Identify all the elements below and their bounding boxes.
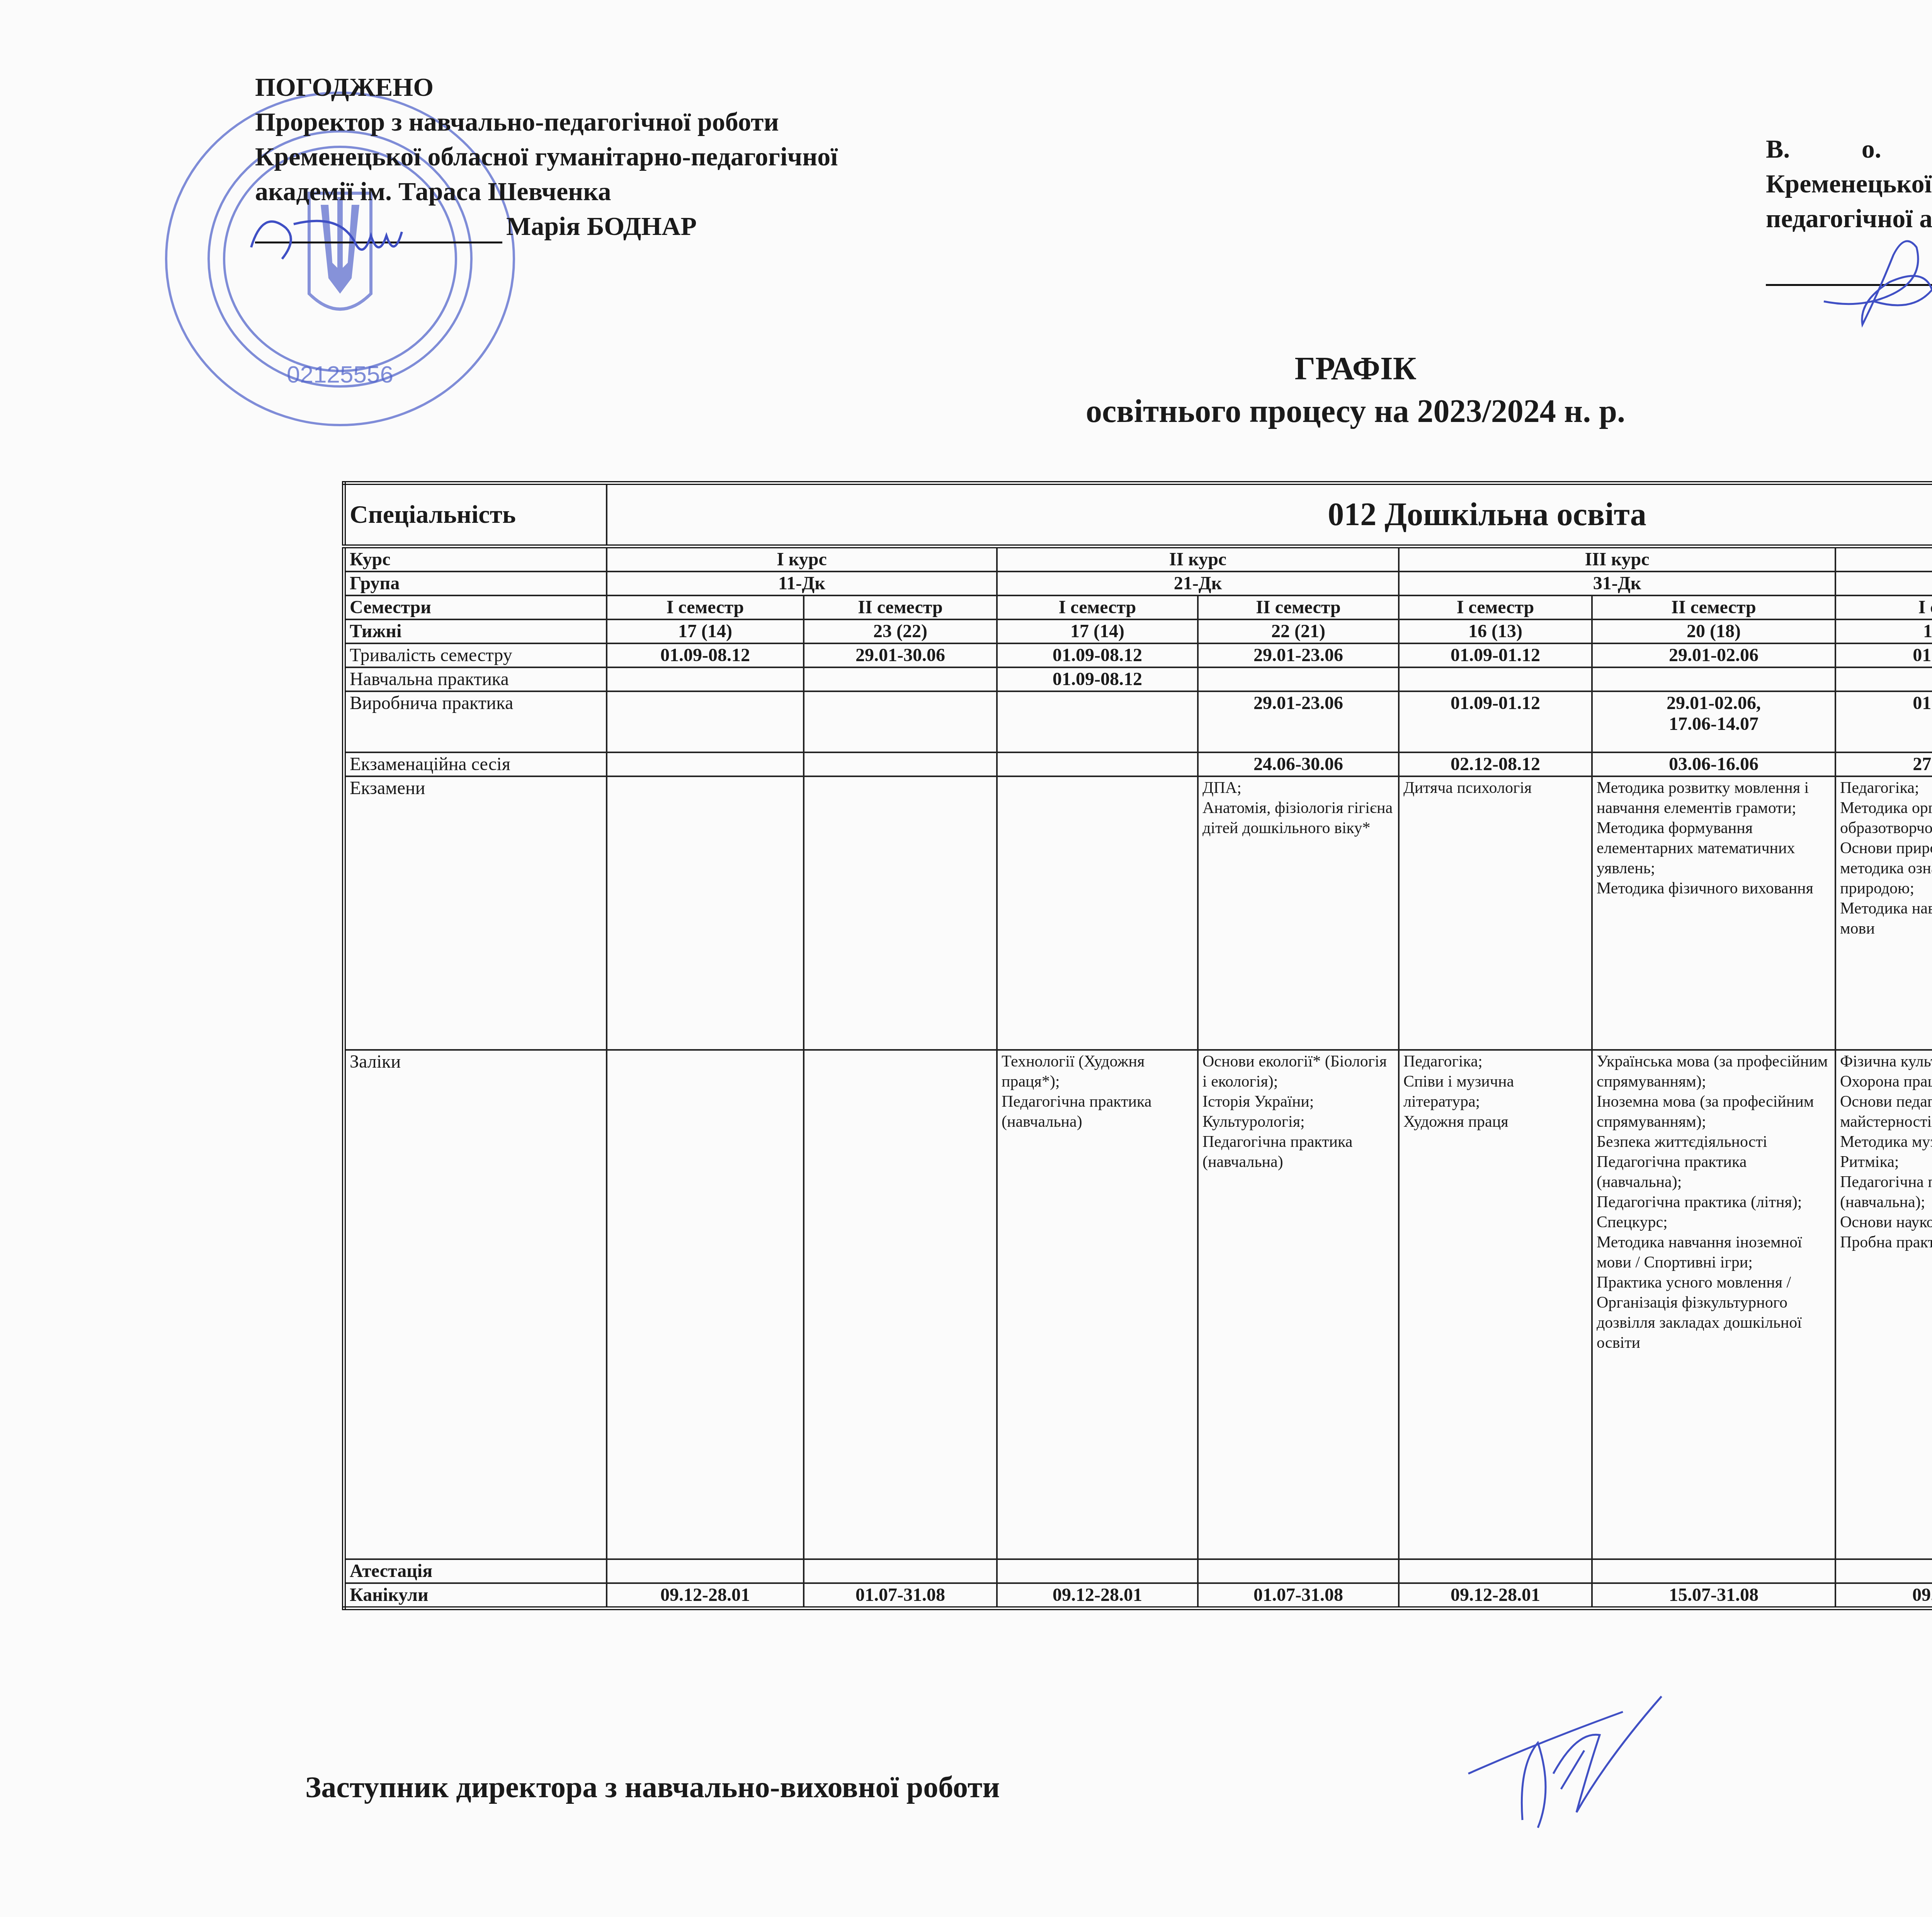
cell-holidays-3: 09.12-28.01 xyxy=(997,1583,1198,1608)
cell-duration-4: 29.01-23.06 xyxy=(1198,643,1399,667)
cell-credits-7: Фізична культура; Охорона праці; Основи … xyxy=(1835,1050,1932,1559)
duration-row: Тривалість семестру 01.09-08.1229.01-30.… xyxy=(344,643,1932,667)
cell-attestation-3 xyxy=(997,1559,1198,1583)
cell-production-practice-7: 01.09-26.11 xyxy=(1835,691,1932,752)
row-label-course: Курс xyxy=(344,546,607,572)
cell-exams-4: ДПА; Анатомія, фізіологія гігієна дітей … xyxy=(1198,776,1399,1050)
cell-exam-session-4: 24.06-30.06 xyxy=(1198,752,1399,776)
specialty-label: Спеціальність xyxy=(344,483,607,546)
title-main: ГРАФІК xyxy=(0,348,1932,390)
cell-attestation-1 xyxy=(607,1559,804,1583)
cell-holidays-6: 15.07-31.08 xyxy=(1592,1583,1835,1608)
title-sub: освітнього процесу на 2023/2024 н. р. xyxy=(0,390,1932,433)
row-label-weeks: Тижні xyxy=(344,619,607,643)
row-label-exam-session: Екзаменаційна сесія xyxy=(344,752,607,776)
row-label-group: Група xyxy=(344,572,607,595)
cell-attestation-4 xyxy=(1198,1559,1399,1583)
cell-semester-4: II семестр xyxy=(1198,595,1399,619)
cell-credits-2 xyxy=(804,1050,997,1559)
cell-semester-6: II семестр xyxy=(1592,595,1835,619)
cell-attestation-6 xyxy=(1592,1559,1835,1583)
cell-production-practice-6: 29.01-02.06, 17.06-14.07 xyxy=(1592,691,1835,752)
course-1: I курс xyxy=(607,546,997,572)
cell-semester-1: I семестр xyxy=(607,595,804,619)
cell-exam-session-2 xyxy=(804,752,997,776)
cell-holidays-1: 09.12-28.01 xyxy=(607,1583,804,1608)
approval-left-line2: Кременецької обласної гуманітарно-педаго… xyxy=(255,139,1028,174)
specialty-row: Спеціальність 012 Дошкільна освіта xyxy=(344,483,1932,546)
cell-exam-session-7: 27.11-08.12 xyxy=(1835,752,1932,776)
weeks-row: Тижні 17 (14)23 (22)17 (14)22 (21)16 (13… xyxy=(344,619,1932,643)
approval-left-line1: Проректор з навчально-педагогічної робот… xyxy=(255,104,1028,139)
document-title: ГРАФІК освітнього процесу на 2023/2024 н… xyxy=(0,348,1932,433)
cell-duration-3: 01.09-08.12 xyxy=(997,643,1198,667)
exam-session-row: Екзаменаційна сесія 24.06-30.0602.12-08.… xyxy=(344,752,1932,776)
group-row: Група 11-Дк 21-Дк 31-Дк 41-Дк xyxy=(344,572,1932,595)
cell-holidays-7: 09.12-14.01 xyxy=(1835,1583,1932,1608)
cell-semester-2: II семестр xyxy=(804,595,997,619)
signature-icon xyxy=(240,201,433,270)
cell-duration-6: 29.01-02.06 xyxy=(1592,643,1835,667)
cell-duration-2: 29.01-30.06 xyxy=(804,643,997,667)
credits-row: Заліки Технології (Художня праця*); Педа… xyxy=(344,1050,1932,1559)
cell-weeks-6: 20 (18) xyxy=(1592,619,1835,643)
signature-icon xyxy=(1816,224,1932,340)
schedule-table-container: Спеціальність 012 Дошкільна освіта Курс … xyxy=(342,481,1932,1610)
course-row: Курс I курс II курс III курс IV курс xyxy=(344,546,1932,572)
row-label-attestation: Атестація xyxy=(344,1559,607,1583)
cell-holidays-2: 01.07-31.08 xyxy=(804,1583,997,1608)
cell-attestation-5 xyxy=(1399,1559,1592,1583)
group-3: 31-Дк xyxy=(1399,572,1835,595)
cell-exams-6: Методика розвитку мовлення і навчання ел… xyxy=(1592,776,1835,1050)
cell-study-practice-3: 01.09-08.12 xyxy=(997,667,1198,691)
row-label-credits: Заліки xyxy=(344,1050,607,1559)
row-label-semesters: Семестри xyxy=(344,595,607,619)
cell-study-practice-6 xyxy=(1592,667,1835,691)
row-label-study-practice: Навчальна практика xyxy=(344,667,607,691)
study-practice-row: Навчальна практика 01.09-08.12 xyxy=(344,667,1932,691)
approval-left-signer: Марія БОДНАР xyxy=(506,211,697,241)
cell-credits-5: Педагогіка; Співи і музична література; … xyxy=(1399,1050,1592,1559)
cell-exams-3 xyxy=(997,776,1198,1050)
cell-exam-session-1 xyxy=(607,752,804,776)
approval-right-heading: ЗАТВЕРДЖУЮ xyxy=(1766,97,1932,131)
cell-holidays-5: 09.12-28.01 xyxy=(1399,1583,1592,1608)
exams-row: Екзамени ДПА; Анатомія, фізіологія гігіє… xyxy=(344,776,1932,1050)
course-2: II курс xyxy=(997,546,1399,572)
semesters-row: Семестри I семестрII семестрI семестрII … xyxy=(344,595,1932,619)
cell-production-practice-2 xyxy=(804,691,997,752)
cell-weeks-3: 17 (14) xyxy=(997,619,1198,643)
approval-left-heading: ПОГОДЖЕНО xyxy=(255,70,1028,104)
cell-production-practice-3 xyxy=(997,691,1198,752)
approval-right-line2: Кременецької обласної гуманітарно- xyxy=(1766,166,1932,201)
cell-duration-1: 01.09-08.12 xyxy=(607,643,804,667)
row-label-duration: Тривалість семестру xyxy=(344,643,607,667)
group-2: 21-Дк xyxy=(997,572,1399,595)
footer-position: Заступник директора з навчально-виховної… xyxy=(305,1770,1000,1805)
cell-study-practice-7 xyxy=(1835,667,1932,691)
cell-study-practice-4 xyxy=(1198,667,1399,691)
cell-study-practice-1 xyxy=(607,667,804,691)
cell-weeks-7: 15 (12,5) xyxy=(1835,619,1932,643)
cell-exams-7: Педагогіка; Методика організації образот… xyxy=(1835,776,1932,1050)
cell-semester-5: I семестр xyxy=(1399,595,1592,619)
holidays-row: Канікули 09.12-28.0101.07-31.0809.12-28.… xyxy=(344,1583,1932,1608)
course-3: III курс xyxy=(1399,546,1835,572)
approval-right-line1: В. о. директора Фахового коледжу xyxy=(1766,131,1932,166)
row-label-production-practice: Виробнича практика xyxy=(344,691,607,752)
cell-exam-session-5: 02.12-08.12 xyxy=(1399,752,1592,776)
cell-credits-4: Основи екології* (Біологія і екологія); … xyxy=(1198,1050,1399,1559)
cell-production-practice-5: 01.09-01.12 xyxy=(1399,691,1592,752)
cell-holidays-4: 01.07-31.08 xyxy=(1198,1583,1399,1608)
cell-production-practice-1 xyxy=(607,691,804,752)
cell-weeks-5: 16 (13) xyxy=(1399,619,1592,643)
cell-exam-session-6: 03.06-16.06 xyxy=(1592,752,1835,776)
cell-semester-3: I семестр xyxy=(997,595,1198,619)
cell-credits-3: Технології (Художня праця*); Педагогічна… xyxy=(997,1050,1198,1559)
cell-weeks-4: 22 (21) xyxy=(1198,619,1399,643)
cell-duration-5: 01.09-01.12 xyxy=(1399,643,1592,667)
cell-attestation-2 xyxy=(804,1559,997,1583)
cell-attestation-7 xyxy=(1835,1559,1932,1583)
cell-production-practice-4: 29.01-23.06 xyxy=(1198,691,1399,752)
cell-exam-session-3 xyxy=(997,752,1198,776)
cell-semester-7: I семестр xyxy=(1835,595,1932,619)
attestation-row: Атестація 17.06-30.06 xyxy=(344,1559,1932,1583)
cell-study-practice-2 xyxy=(804,667,997,691)
row-label-exams: Екзамени xyxy=(344,776,607,1050)
production-practice-row: Виробнича практика 29.01-23.0601.09-01.1… xyxy=(344,691,1932,752)
schedule-table: Спеціальність 012 Дошкільна освіта Курс … xyxy=(342,481,1932,1610)
row-label-holidays: Канікули xyxy=(344,1583,607,1608)
group-4: 41-Дк xyxy=(1835,572,1932,595)
cell-duration-7: 01.09-26.11 xyxy=(1835,643,1932,667)
signature-icon xyxy=(1461,1673,1731,1851)
specialty-value: 012 Дошкільна освіта xyxy=(607,483,1932,546)
cell-credits-6: Українська мова (за професійним спрямува… xyxy=(1592,1050,1835,1559)
cell-exams-1 xyxy=(607,776,804,1050)
cell-exams-2 xyxy=(804,776,997,1050)
cell-weeks-1: 17 (14) xyxy=(607,619,804,643)
course-4: IV курс xyxy=(1835,546,1932,572)
cell-exams-5: Дитяча психологія xyxy=(1399,776,1592,1050)
cell-study-practice-5 xyxy=(1399,667,1592,691)
cell-weeks-2: 23 (22) xyxy=(804,619,997,643)
cell-credits-1 xyxy=(607,1050,804,1559)
group-1: 11-Дк xyxy=(607,572,997,595)
